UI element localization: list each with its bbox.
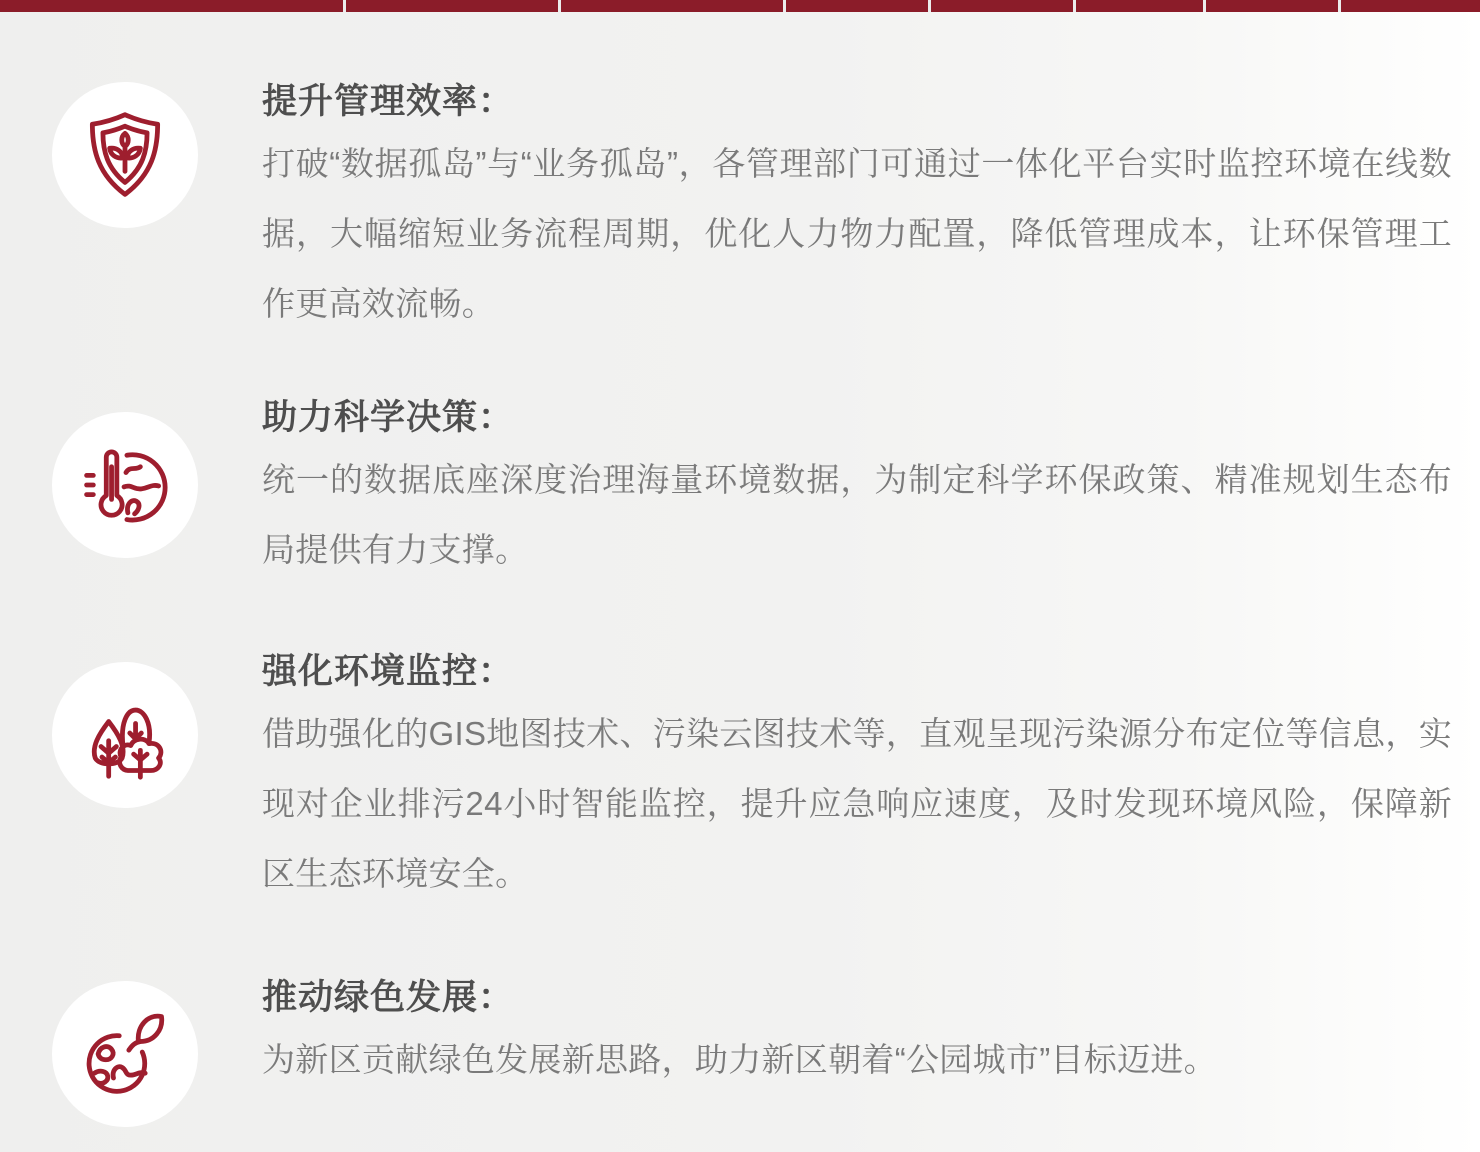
feature-content: 提升管理效率： 打破“数据孤岛”与“业务孤岛”，各管理部门可通过一体化平台实时监… — [262, 80, 1452, 339]
feature-icon-circle — [52, 412, 198, 558]
feature-heading: 助力科学决策： — [262, 396, 1452, 440]
feature-content: 推动绿色发展： 为新区贡献绿色发展新思路，助力新区朝着“公园城市”目标迈进。 — [262, 976, 1452, 1095]
feature-section-green-development: 推动绿色发展： 为新区贡献绿色发展新思路，助力新区朝着“公园城市”目标迈进。 — [0, 976, 1480, 1095]
feature-heading: 强化环境监控： — [262, 650, 1452, 694]
feature-icon-circle — [52, 82, 198, 228]
feature-icon-circle — [52, 662, 198, 808]
feature-content: 强化环境监控： 借助强化的GIS地图技术、污染云图技术等，直观呈现污染源分布定位… — [262, 650, 1452, 909]
shield-plant-icon — [77, 107, 173, 203]
feature-icon-circle — [52, 981, 198, 1127]
forest-trees-icon — [77, 687, 173, 783]
feature-content: 助力科学决策： 统一的数据底座深度治理海量环境数据，为制定科学环保政策、精准规划… — [262, 396, 1452, 585]
feature-section-decision: 助力科学决策： 统一的数据底座深度治理海量环境数据，为制定科学环保政策、精准规划… — [0, 396, 1480, 585]
globe-leaf-icon — [77, 1006, 173, 1102]
feature-section-management: 提升管理效率： 打破“数据孤岛”与“业务孤岛”，各管理部门可通过一体化平台实时监… — [0, 80, 1480, 339]
feature-body: 为新区贡献绿色发展新思路，助力新区朝着“公园城市”目标迈进。 — [262, 1025, 1452, 1095]
top-accent-bar — [0, 0, 1480, 12]
feature-heading: 推动绿色发展： — [262, 976, 1452, 1020]
feature-section-monitoring: 强化环境监控： 借助强化的GIS地图技术、污染云图技术等，直观呈现污染源分布定位… — [0, 650, 1480, 909]
feature-body: 借助强化的GIS地图技术、污染云图技术等，直观呈现污染源分布定位等信息，实现对企… — [262, 699, 1452, 909]
thermometer-globe-icon — [77, 437, 173, 533]
feature-heading: 提升管理效率： — [262, 80, 1452, 124]
feature-body: 打破“数据孤岛”与“业务孤岛”，各管理部门可通过一体化平台实时监控环境在线数据，… — [262, 129, 1452, 339]
feature-body: 统一的数据底座深度治理海量环境数据，为制定科学环保政策、精准规划生态布局提供有力… — [262, 445, 1452, 585]
